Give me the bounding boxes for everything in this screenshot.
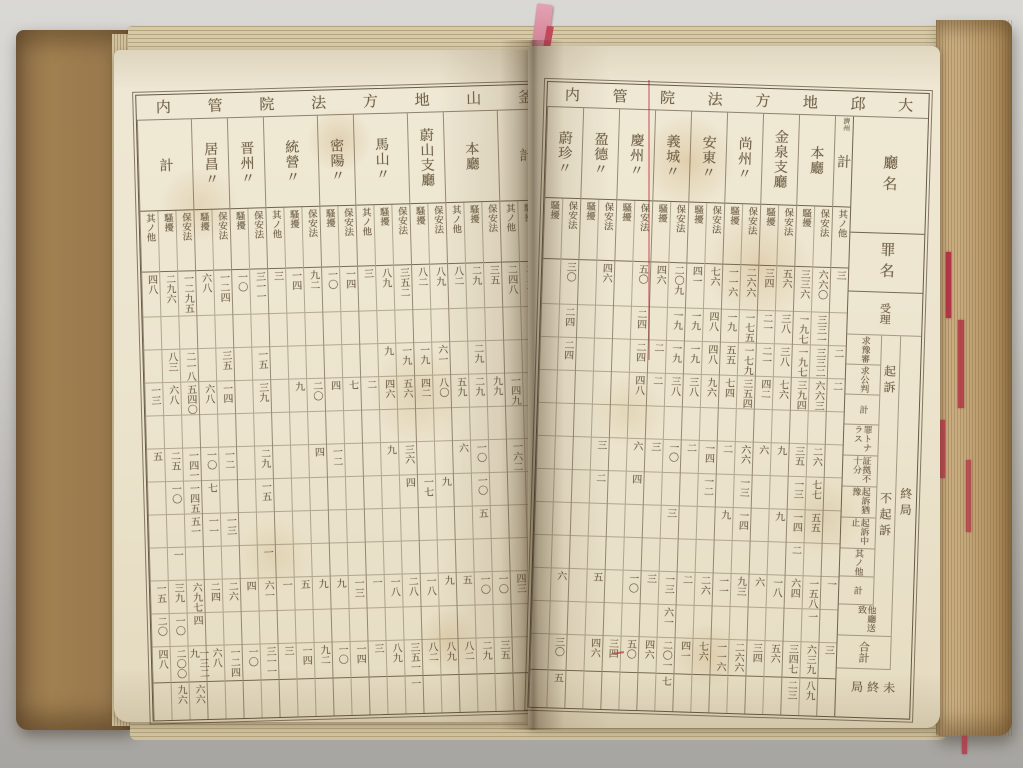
- office-name-cell: 慶州〃: [617, 109, 655, 201]
- value-cell: [601, 672, 619, 710]
- value-cell: 六一: [432, 342, 450, 375]
- value-cell: 五五: [720, 343, 738, 377]
- value-cell: 一〇: [166, 482, 184, 515]
- value-number: 三: [272, 271, 283, 313]
- page-header-char: 院: [659, 89, 675, 106]
- value-cell: [368, 608, 386, 641]
- value-number: 五〇: [636, 264, 647, 306]
- value-cell: [678, 539, 696, 573]
- value-cell: [164, 416, 182, 449]
- value-number: 一〇: [170, 484, 180, 514]
- value-cell: 八二: [412, 265, 430, 310]
- value-number: 一二四: [218, 272, 229, 314]
- crime-name: 保安法: [252, 210, 263, 268]
- value-cell: [276, 545, 294, 578]
- value-number: 九: [382, 346, 392, 376]
- value-cell: [298, 679, 316, 716]
- value-cell: [784, 609, 802, 643]
- value-cell: 一二: [219, 447, 237, 480]
- value-cell: 九三: [731, 574, 749, 608]
- value-cell: [380, 410, 398, 443]
- value-cell: 二四: [630, 340, 648, 374]
- value-cell: [570, 536, 588, 570]
- value-cell: [149, 515, 167, 548]
- value-number: 三: [595, 440, 605, 470]
- value-cell: 三五四: [737, 376, 755, 410]
- crime-name-cell: 保安法: [338, 206, 357, 267]
- value-number: 二九: [259, 448, 269, 478]
- value-cell: 二三: [781, 678, 799, 716]
- pending-char: 局: [851, 678, 864, 695]
- value-cell: [637, 673, 655, 711]
- value-cell: 五一: [185, 514, 203, 547]
- value-number: 三: [822, 645, 833, 678]
- value-cell: 四: [626, 472, 644, 506]
- value-cell: 二: [648, 340, 666, 374]
- value-number: 一九: [725, 312, 735, 342]
- value-number: 三八: [778, 346, 788, 376]
- value-cell: 二: [828, 346, 846, 380]
- value-cell: [454, 474, 472, 507]
- page-header-char: 方: [362, 93, 377, 110]
- value-number: 八〇: [437, 377, 447, 407]
- value-number: 一三: [737, 477, 747, 507]
- value-cell: 六六〇: [812, 267, 830, 313]
- value-number: 一五八: [806, 578, 816, 608]
- value-number: 九: [317, 579, 327, 609]
- value-cell: [751, 509, 769, 543]
- value-cell: 三: [661, 506, 679, 540]
- value-number: 九: [334, 578, 344, 608]
- row-labels: 受理終局起訴求豫審求公判計不起訴罪トナラス証拠不十分起訴猶豫起訴中止其ノ他計他廳…: [835, 292, 922, 719]
- value-number: 二: [685, 443, 695, 473]
- value-number: 二: [789, 545, 799, 575]
- crime-name: 保安法: [601, 202, 612, 260]
- value-number: 四一: [678, 640, 689, 673]
- value-cell: [716, 475, 734, 509]
- value-number: 四六: [383, 379, 393, 409]
- value-cell: [146, 416, 164, 449]
- value-cell: [477, 674, 495, 711]
- value-cell: [420, 541, 438, 574]
- value-cell: 六一: [259, 578, 277, 611]
- value-number: 二: [594, 473, 604, 503]
- value-cell: [323, 312, 341, 345]
- value-number: 二〇一: [660, 640, 671, 673]
- value-cell: 四八: [703, 309, 721, 343]
- value-number: 六: [631, 441, 641, 471]
- value-number: 四六: [600, 263, 611, 305]
- value-cell: 三一一: [261, 644, 279, 680]
- value-cell: 三三六: [794, 267, 812, 313]
- value-number: 一〇: [667, 442, 677, 472]
- value-cell: 六: [749, 575, 767, 609]
- value-cell: [310, 478, 328, 511]
- row-label-cell: 罪トナラス: [843, 424, 878, 456]
- value-number: 二六: [810, 446, 820, 476]
- value-cell: 一〇: [243, 645, 261, 681]
- value-cell: 一〇: [170, 614, 188, 647]
- crime-name: 保安法: [637, 203, 648, 261]
- crime-name-cell: 保安法: [248, 208, 267, 269]
- value-cell: 一八: [385, 575, 403, 608]
- page-header-char: 山: [465, 90, 480, 107]
- value-cell: [594, 339, 612, 373]
- value-cell: 二六六: [728, 640, 746, 677]
- value-number: 六: [756, 445, 766, 475]
- value-number: 八九: [444, 641, 454, 674]
- value-cell: [606, 537, 624, 571]
- crime-name-cell: 保安法: [176, 210, 195, 271]
- value-cell: [470, 407, 488, 440]
- value-number: 一四: [703, 443, 713, 473]
- value-number: 三一一: [254, 271, 265, 313]
- value-number: 四: [329, 380, 339, 410]
- value-cell: [804, 543, 822, 577]
- value-cell: 一四五: [184, 481, 202, 514]
- value-number: 三八: [779, 313, 789, 343]
- value-cell: 二〇一: [656, 638, 674, 675]
- value-cell: [736, 409, 754, 443]
- value-number: 一二九五: [182, 273, 193, 315]
- value-cell: 一二四: [214, 270, 232, 315]
- value-number: 一四: [790, 512, 800, 542]
- office-name-cell: 安東〃: [689, 112, 727, 204]
- value-cell: 三: [358, 266, 376, 311]
- value-cell: [766, 608, 784, 642]
- value-cell: 三: [830, 268, 848, 314]
- value-number: 二〇九: [672, 265, 683, 307]
- value-cell: [167, 515, 185, 548]
- value-cell: 一〇: [201, 448, 219, 481]
- value-cell: 四一: [686, 263, 704, 309]
- row-label-cell: 其ノ他: [840, 548, 875, 577]
- value-cell: [206, 613, 224, 646]
- value-number: 四: [630, 474, 640, 504]
- value-cell: 五: [587, 570, 605, 604]
- office-title-cell: 廳名: [850, 117, 928, 235]
- value-cell: [377, 311, 395, 344]
- value-cell: 一九: [667, 308, 685, 342]
- crime-name: 保安法: [180, 212, 191, 270]
- value-cell: [752, 476, 770, 510]
- value-cell: 二九: [468, 341, 486, 374]
- crime-name-cell: 其ノ他: [356, 205, 375, 266]
- crime-name: 騷擾: [414, 206, 425, 264]
- value-cell: 八九: [430, 264, 448, 309]
- value-cell: 一九: [396, 343, 414, 376]
- value-cell: 一: [821, 577, 839, 611]
- value-number: 一二四: [228, 647, 238, 680]
- row-label-cell: 求豫審: [846, 335, 881, 366]
- value-cell: 九: [381, 443, 399, 476]
- value-cell: 三四: [746, 641, 764, 678]
- value-cell: 一四: [787, 510, 805, 544]
- value-cell: 九: [769, 509, 787, 543]
- value-number: 二六: [698, 575, 708, 605]
- value-number: 一九七: [796, 347, 806, 377]
- value-cell: [395, 310, 413, 343]
- value-number: 四: [404, 477, 414, 507]
- value-number: 四: [245, 581, 255, 611]
- value-cell: 九: [313, 577, 331, 610]
- crime-title: 罪名: [878, 242, 894, 284]
- value-cell: 一四: [699, 441, 717, 475]
- crime-name-cell: 騷擾: [687, 203, 706, 265]
- value-cell: [312, 544, 330, 577]
- value-cell: [240, 546, 258, 579]
- office-name: 盈德〃: [593, 131, 608, 176]
- crime-name-cell: 其ノ他: [831, 207, 850, 269]
- value-cell: 六九七: [187, 580, 205, 613]
- value-number: 八二: [462, 641, 472, 674]
- row-label-cell: 起訴中止: [840, 517, 875, 549]
- value-number: 三: [282, 646, 292, 679]
- value-cell: [273, 446, 291, 479]
- value-number: 二: [832, 348, 842, 378]
- value-cell: [364, 476, 382, 509]
- crime-name-cell: 保安法: [669, 202, 688, 264]
- office-name: 金泉支廳: [772, 129, 788, 189]
- value-cell: 一: [406, 676, 424, 713]
- value-cell: 一三: [145, 383, 163, 416]
- value-cell: [280, 680, 298, 717]
- value-cell: [233, 315, 251, 348]
- value-number: 一八: [388, 577, 398, 607]
- crime-name: 保安法: [432, 205, 443, 263]
- value-cell: [450, 342, 468, 375]
- value-number: 一: [281, 580, 291, 610]
- value-cell: [329, 510, 347, 543]
- value-cell: [324, 345, 342, 378]
- value-cell: 一〇: [472, 473, 490, 506]
- value-cell: 一二九五: [178, 271, 196, 316]
- row-label-cell: 計: [844, 395, 879, 426]
- value-cell: [768, 542, 786, 576]
- prosecution-block: 起訴求豫審求公判計: [844, 335, 900, 427]
- value-cell: 一二四: [225, 645, 243, 681]
- value-number: 二一八: [184, 351, 194, 381]
- value-number: 四八: [707, 311, 717, 341]
- page-header-char: 地: [802, 94, 818, 111]
- crime-name-cell: 騷擾: [759, 205, 778, 267]
- value-number: 一八: [770, 577, 780, 607]
- value-cell: [417, 442, 435, 475]
- value-cell: [235, 381, 253, 414]
- value-cell: [572, 470, 590, 504]
- value-cell: 二五: [165, 449, 183, 482]
- row-label-transfer: 他廳送致: [838, 604, 892, 637]
- value-cell: 六: [627, 439, 645, 473]
- value-number: 六一: [436, 344, 446, 374]
- value-number: 一三: [662, 574, 672, 604]
- value-cell: [244, 681, 262, 718]
- crime-name: 保安法: [565, 201, 576, 259]
- value-cell: 一七九: [738, 343, 756, 377]
- value-cell: [388, 677, 406, 714]
- value-cell: 三五二: [394, 265, 412, 310]
- value-number: 一五: [256, 349, 266, 379]
- value-cell: 一七: [418, 475, 436, 508]
- value-number: 八九: [434, 266, 445, 308]
- value-cell: 四八: [629, 373, 647, 407]
- value-cell: [730, 607, 748, 641]
- value-cell: 八三: [162, 350, 180, 383]
- value-number: 一二: [701, 476, 711, 506]
- value-number: 二: [652, 342, 662, 372]
- value-cell: [274, 479, 292, 512]
- value-cell: [589, 504, 607, 538]
- value-cell: 二一: [756, 344, 774, 378]
- red-bookmark-tab: [962, 736, 967, 754]
- value-cell: [714, 540, 732, 574]
- value-cell: 七: [202, 481, 220, 514]
- row-label-cell: 証拠不十分: [842, 455, 877, 487]
- value-cell: [750, 542, 768, 576]
- value-cell: 九二: [304, 268, 322, 313]
- value-number: 六三九: [804, 644, 815, 677]
- office-title: 廳名: [881, 154, 897, 196]
- value-cell: 八九: [387, 641, 405, 677]
- office-name: 計: [836, 154, 850, 169]
- value-cell: 一四: [297, 643, 315, 679]
- crime-name-cell: 騷擾: [158, 211, 177, 272]
- value-number: 一九: [689, 311, 699, 341]
- value-number: 七: [206, 483, 216, 513]
- value-cell: 八二: [422, 640, 440, 676]
- value-cell: 一四: [217, 381, 235, 414]
- office-name: 安東〃: [700, 134, 715, 179]
- row-label-cell: 起訴猶豫: [841, 486, 876, 518]
- value-cell: 八九: [799, 678, 817, 716]
- value-cell: [251, 314, 269, 347]
- crime-name-cell: 騷擾: [230, 209, 249, 270]
- office-name-cell: 尚州〃: [725, 113, 763, 205]
- value-cell: 三: [369, 641, 387, 677]
- value-cell: 二一八: [180, 349, 198, 382]
- value-cell: 三三一: [811, 312, 829, 346]
- value-cell: 五: [295, 577, 313, 610]
- value-number: 一五: [260, 481, 270, 511]
- value-number: 三九: [257, 382, 267, 412]
- crime-name: 其ノ他: [835, 209, 846, 267]
- value-cell: 三八: [774, 344, 792, 378]
- office-name-cell: 晋州〃: [228, 117, 266, 209]
- value-number: 二: [365, 379, 375, 409]
- value-cell: [607, 504, 625, 538]
- value-number: 一七九: [742, 345, 752, 375]
- value-cell: 二一: [757, 311, 775, 345]
- crime-name-cell: 騷擾: [579, 199, 598, 261]
- value-cell: [709, 675, 727, 713]
- value-cell: 二六六: [740, 265, 758, 311]
- value-cell: [347, 510, 365, 543]
- value-number: 一: [370, 577, 380, 607]
- value-number: 一三: [352, 578, 362, 608]
- value-cell: [311, 511, 329, 544]
- value-cell: [384, 542, 402, 575]
- crime-name: 保安法: [396, 206, 407, 264]
- value-cell: 一: [277, 578, 295, 611]
- row-label: 証拠不十分: [850, 456, 870, 487]
- row-label: 起訴猶豫: [849, 487, 869, 518]
- page-header-char: 大: [897, 96, 913, 113]
- value-number: 五九: [455, 377, 465, 407]
- value-cell: 二九六: [160, 272, 178, 317]
- value-number: 一〇: [475, 442, 485, 472]
- value-cell: 九: [439, 573, 457, 606]
- page-header-char: 邱: [849, 95, 865, 112]
- value-number: 六九七: [191, 582, 201, 612]
- value-number: 三八: [669, 376, 679, 406]
- office-name-cell: 盈德〃: [581, 108, 619, 200]
- value-cell: [575, 371, 593, 405]
- value-cell: 四八: [153, 647, 171, 683]
- value-number: 三五四: [741, 378, 751, 408]
- value-cell: 一〇: [475, 572, 493, 605]
- value-cell: 九: [378, 344, 396, 377]
- value-number: 三: [649, 441, 659, 471]
- pending-char: 終: [867, 678, 880, 695]
- value-cell: [326, 411, 344, 444]
- value-cell: 三四: [758, 266, 776, 312]
- value-cell: [272, 413, 290, 446]
- value-cell: [770, 476, 788, 510]
- value-cell: 一九: [685, 308, 703, 342]
- value-cell: [571, 503, 589, 537]
- value-number: 五: [460, 575, 470, 605]
- crime-name: 保安法: [673, 204, 684, 262]
- value-cell: 三: [818, 643, 836, 680]
- value-number: 二九: [473, 376, 483, 406]
- value-cell: 二〇〇: [171, 647, 189, 683]
- value-number: 八九: [390, 643, 400, 676]
- value-cell: [434, 408, 452, 441]
- value-cell: [200, 415, 218, 448]
- office-name: 馬山〃: [374, 136, 389, 181]
- right-fore-edge: [936, 20, 1012, 736]
- value-number: 四八: [156, 649, 166, 682]
- row-label-pending: 未終局: [836, 668, 911, 705]
- value-cell: 四: [400, 475, 418, 508]
- value-cell: 一四: [286, 268, 304, 313]
- value-cell: 七六: [704, 264, 722, 310]
- crime-name: 保安法: [216, 211, 227, 269]
- value-cell: [360, 344, 378, 377]
- value-number: 四八: [633, 375, 643, 405]
- value-number: 四二: [759, 379, 769, 409]
- value-number: 一〇: [326, 269, 337, 311]
- value-cell: [144, 350, 162, 383]
- value-number: 二一: [761, 313, 771, 343]
- value-number: 三四: [762, 268, 773, 310]
- value-cell: [419, 508, 437, 541]
- value-number: 三四: [606, 638, 617, 671]
- value-number: 二三: [785, 680, 796, 715]
- value-cell: 一三: [659, 572, 677, 606]
- page-header-char: 内: [155, 98, 170, 115]
- value-number: 八三: [166, 352, 176, 382]
- row-label-grand-total: 合計: [837, 635, 891, 670]
- value-number: 一〇: [336, 644, 346, 677]
- value-cell: 一九: [684, 341, 702, 375]
- value-cell: [275, 512, 293, 545]
- value-cell: 一九七: [792, 345, 810, 379]
- value-number: 五五: [808, 512, 818, 542]
- value-number: 一〇: [246, 647, 256, 680]
- left-page: 釜山地方法院管内計保安法六六一一三二六二五〇八四七一一騷擾二二一三四六六一八六一…: [114, 50, 530, 722]
- value-cell: [359, 311, 377, 344]
